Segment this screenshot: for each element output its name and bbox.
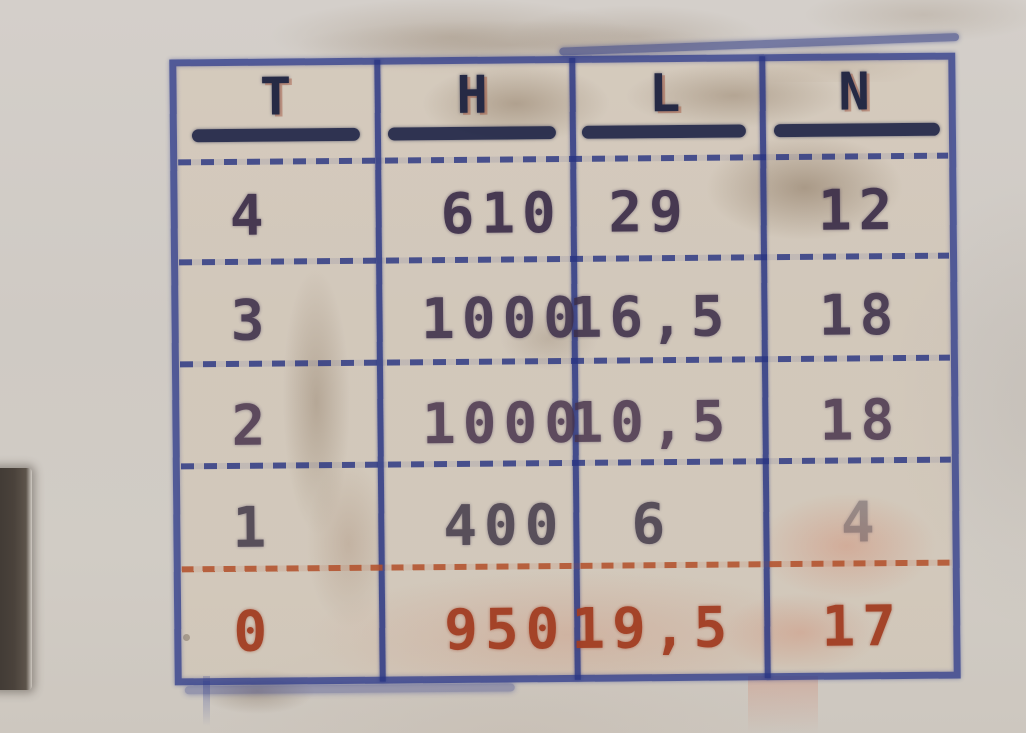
header-underline xyxy=(192,128,360,142)
table-cell: 17 xyxy=(764,580,954,674)
table-row: 3 1000 16,5 18 xyxy=(178,270,951,367)
column-header-l: L xyxy=(569,62,760,126)
table-cell: 2 xyxy=(149,380,348,472)
table-cell: 3 xyxy=(148,275,347,367)
table-cell: 18 xyxy=(761,270,951,362)
column-header-h: H xyxy=(374,64,570,128)
header-underline xyxy=(582,124,746,138)
table-row: 1 400 6 4 xyxy=(180,478,953,573)
table-cell: 0 xyxy=(151,585,350,679)
table-cell: 4 xyxy=(763,478,953,568)
table-cell: 10,5 xyxy=(552,376,743,468)
table-cell: 1 xyxy=(150,483,349,573)
table-cell: 18 xyxy=(762,375,952,467)
table-cell: 12 xyxy=(760,165,950,257)
header-underline xyxy=(774,123,940,137)
table-cell: 16,5 xyxy=(551,271,742,363)
table-cell: 4 xyxy=(147,170,346,262)
table-row: 2 1000 10,5 18 xyxy=(179,375,952,472)
column-header-t: T xyxy=(176,66,375,130)
header-underline xyxy=(388,126,556,140)
table-row: 0 950 19,5 17 xyxy=(181,580,954,679)
column-header-n: N xyxy=(759,61,949,125)
table-cell: 29 xyxy=(550,166,741,258)
table-cell: 19,5 xyxy=(554,581,745,675)
painted-table: T H L N 4 610 29 12 3 1000 16,5 18 2 100… xyxy=(169,53,960,686)
table-cell: 6 xyxy=(553,479,744,569)
door-frame-edge xyxy=(0,468,32,690)
table-header-row: T H L N xyxy=(176,61,949,130)
table-row: 4 610 29 12 xyxy=(177,165,950,262)
